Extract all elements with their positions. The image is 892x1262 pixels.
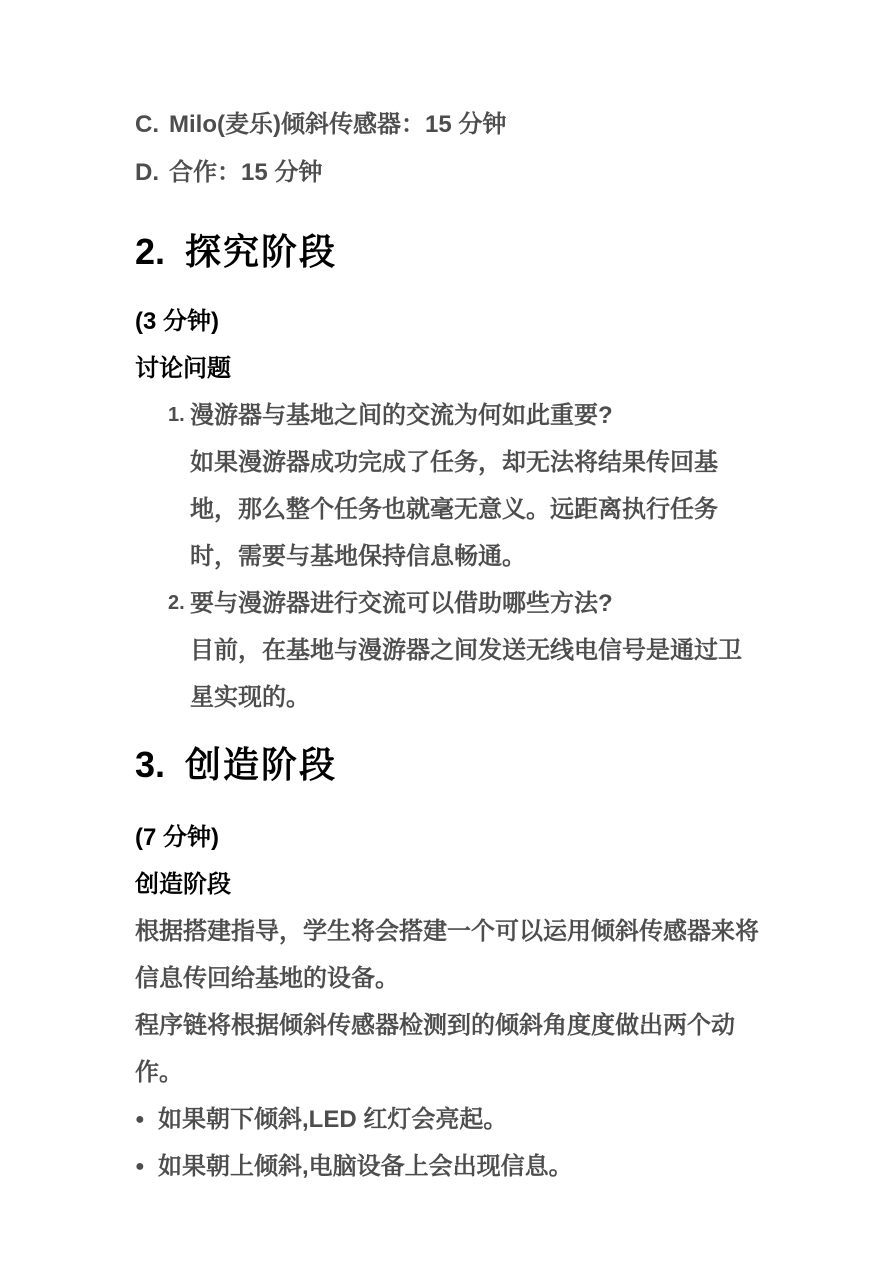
section-2-title: 探究阶段 [185,226,337,278]
build-instructions-paragraph: 根据搭建指导，学生将会搭建一个可以运用倾斜传感器来将信息传回给基地的设备。 [135,908,765,1002]
question-1-text: 漫游器与基地之间的交流为何如此重要? [190,392,765,439]
agenda-item-letter: C. [135,111,159,138]
document-page: C.Milo(麦乐)倾斜传感器：15 分钟 D.合作：15 分钟 2. 探究阶段… [0,0,892,1262]
agenda-item-text: 合作：15 分钟 [169,159,322,186]
section-3-duration: (7 分钟) [135,814,765,861]
section-3-title: 创造阶段 [185,739,337,791]
discussion-question-list: 1. 漫游器与基地之间的交流为何如此重要? 如果漫游器成功完成了任务，却无法将结… [135,392,765,721]
bullet-icon: ● [135,1096,145,1143]
section-3-number: 3. [135,739,185,791]
section-3-subheading: 创造阶段 [135,861,765,908]
program-actions-paragraph: 程序链将根据倾斜传感器检测到的倾斜角度度做出两个动作。 [135,1002,765,1096]
question-item-1: 1. 漫游器与基地之间的交流为何如此重要? 如果漫游器成功完成了任务，却无法将结… [135,392,765,580]
agenda-item-d: D.合作：15 分钟 [135,155,765,191]
question-2-number: 2. [168,580,185,627]
question-2-text: 要与漫游器进行交流可以借助哪些方法? [190,580,765,627]
bullet-item-tilt-down: ● 如果朝下倾斜,LED 红灯会亮起。 [135,1096,765,1143]
question-1-answer: 如果漫游器成功完成了任务，却无法将结果传回基地，那么整个任务也就毫无意义。远距离… [190,439,765,580]
question-item-2: 2. 要与漫游器进行交流可以借助哪些方法? 目前，在基地与漫游器之间发送无线电信… [135,580,765,721]
agenda-item-letter: D. [135,159,159,186]
action-bullet-list: ● 如果朝下倾斜,LED 红灯会亮起。 ● 如果朝上倾斜,电脑设备上会出现信息。 [135,1096,765,1190]
section-3-heading: 3. 创造阶段 [135,739,765,791]
section-2-subheading: 讨论问题 [135,345,765,392]
bullet-text: 如果朝下倾斜,LED 红灯会亮起。 [158,1106,507,1133]
question-2-answer: 目前，在基地与漫游器之间发送无线电信号是通过卫星实现的。 [190,627,765,721]
section-2-duration: (3 分钟) [135,298,765,345]
question-1-number: 1. [168,392,185,439]
bullet-item-tilt-up: ● 如果朝上倾斜,电脑设备上会出现信息。 [135,1143,765,1190]
agenda-item-c: C.Milo(麦乐)倾斜传感器：15 分钟 [135,107,765,143]
bullet-icon: ● [135,1143,145,1190]
agenda-list: C.Milo(麦乐)倾斜传感器：15 分钟 D.合作：15 分钟 [135,107,765,191]
section-2-heading: 2. 探究阶段 [135,226,765,278]
section-2-number: 2. [135,226,185,278]
bullet-text: 如果朝上倾斜,电脑设备上会出现信息。 [158,1153,573,1180]
agenda-item-text: Milo(麦乐)倾斜传感器：15 分钟 [169,111,506,138]
